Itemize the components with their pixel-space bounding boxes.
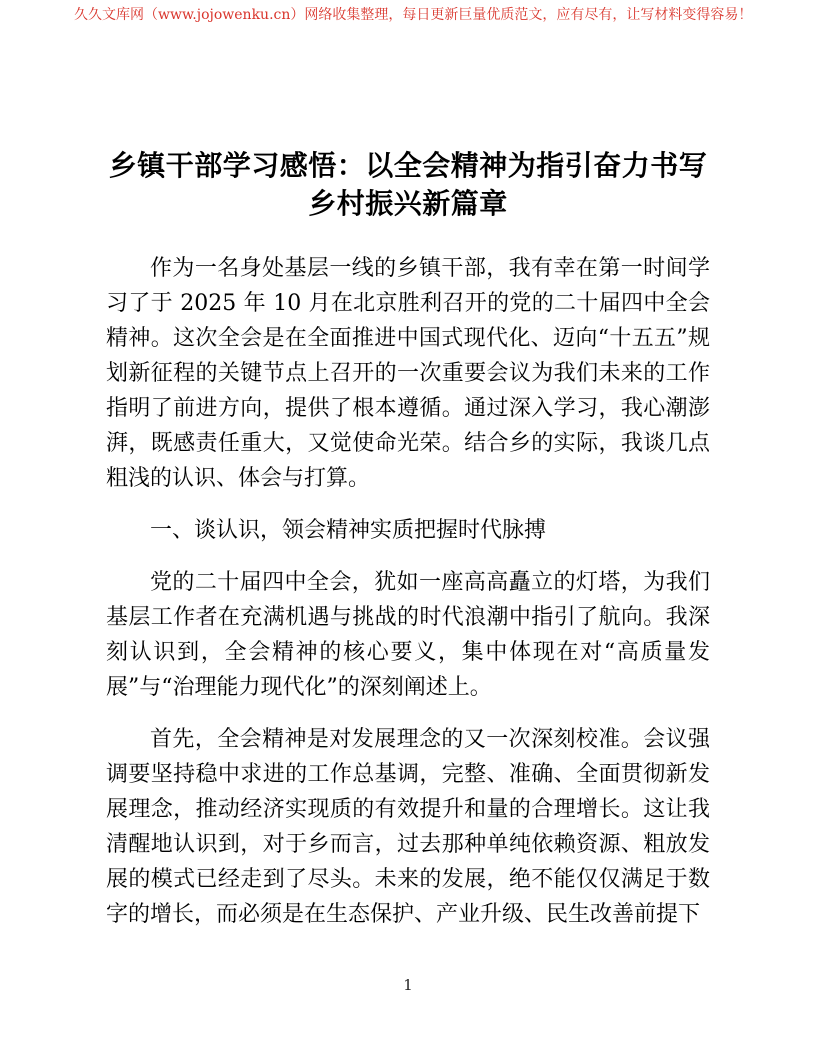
paragraph-first-point: 首先，全会精神是对发展理念的又一次深刻校准。会议强调要坚持稳中求进的工作总基调，… [106, 722, 710, 932]
paragraph-understanding: 党的二十届四中全会，犹如一座高高矗立的灯塔，为我们基层工作者在充满机遇与挑战的时… [106, 565, 710, 705]
paragraph-introduction: 作为一名身处基层一线的乡镇干部，我有幸在第一时间学习了于 2025 年 10 月… [106, 251, 710, 496]
page-number: 1 [0, 975, 816, 995]
section-heading-1: 一、谈认识，领会精神实质把握时代脉搏 [106, 513, 710, 548]
site-watermark-header: 久久文库网（www.jojowenku.cn）网络收集整理，每日更新巨量优质范文… [74, 6, 742, 25]
document-page: 久久文库网（www.jojowenku.cn）网络收集整理，每日更新巨量优质范文… [0, 0, 816, 1056]
document-body: 作为一名身处基层一线的乡镇干部，我有幸在第一时间学习了于 2025 年 10 月… [106, 251, 710, 932]
document-title: 乡镇干部学习感悟：以全会精神为指引奋力书写乡村振兴新篇章 [106, 147, 710, 223]
